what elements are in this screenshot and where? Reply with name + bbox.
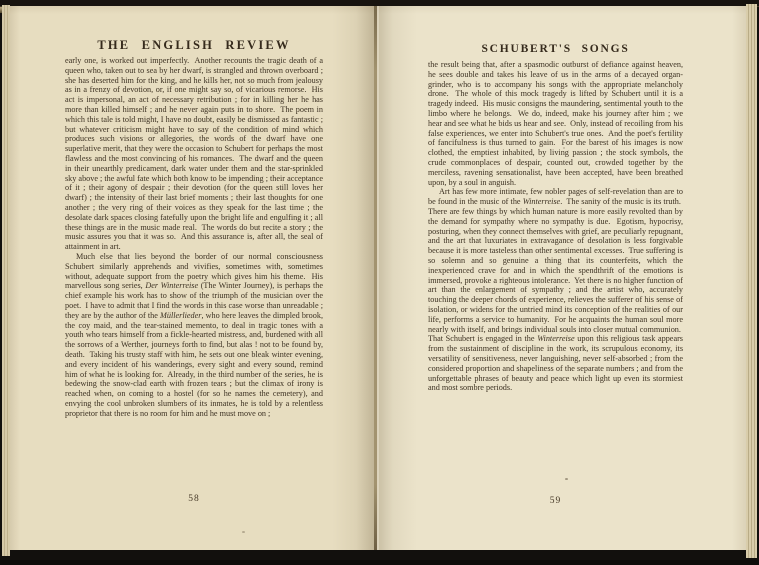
left-page-text: early one, is worked out imperfectly. An…	[65, 56, 323, 418]
gutter-highlight	[377, 6, 379, 550]
left-page-number: 58	[65, 494, 323, 504]
dust-speck	[565, 478, 568, 480]
left-running-head: THE ENGLISH REVIEW	[65, 38, 323, 53]
right-page-text: the result being that, after a spasmodic…	[428, 60, 683, 393]
paragraph: Much else that lies beyond the border of…	[65, 252, 323, 419]
left-page-edges	[2, 5, 10, 556]
paragraph: the result being that, after a spasmodic…	[428, 60, 683, 187]
dust-speck	[242, 531, 245, 533]
paragraph: Art has few more intimate, few nobler pa…	[428, 187, 683, 393]
paragraph: early one, is worked out imperfectly. An…	[65, 56, 323, 252]
book-scan: THE ENGLISH REVIEW SCHUBERT'S SONGS earl…	[0, 0, 759, 565]
right-running-head: SCHUBERT'S SONGS	[428, 43, 683, 55]
dust-speck	[563, 147, 565, 149]
right-page-number: 59	[428, 496, 683, 506]
right-page-edges	[746, 4, 757, 558]
book-bottom-edge	[0, 560, 759, 565]
